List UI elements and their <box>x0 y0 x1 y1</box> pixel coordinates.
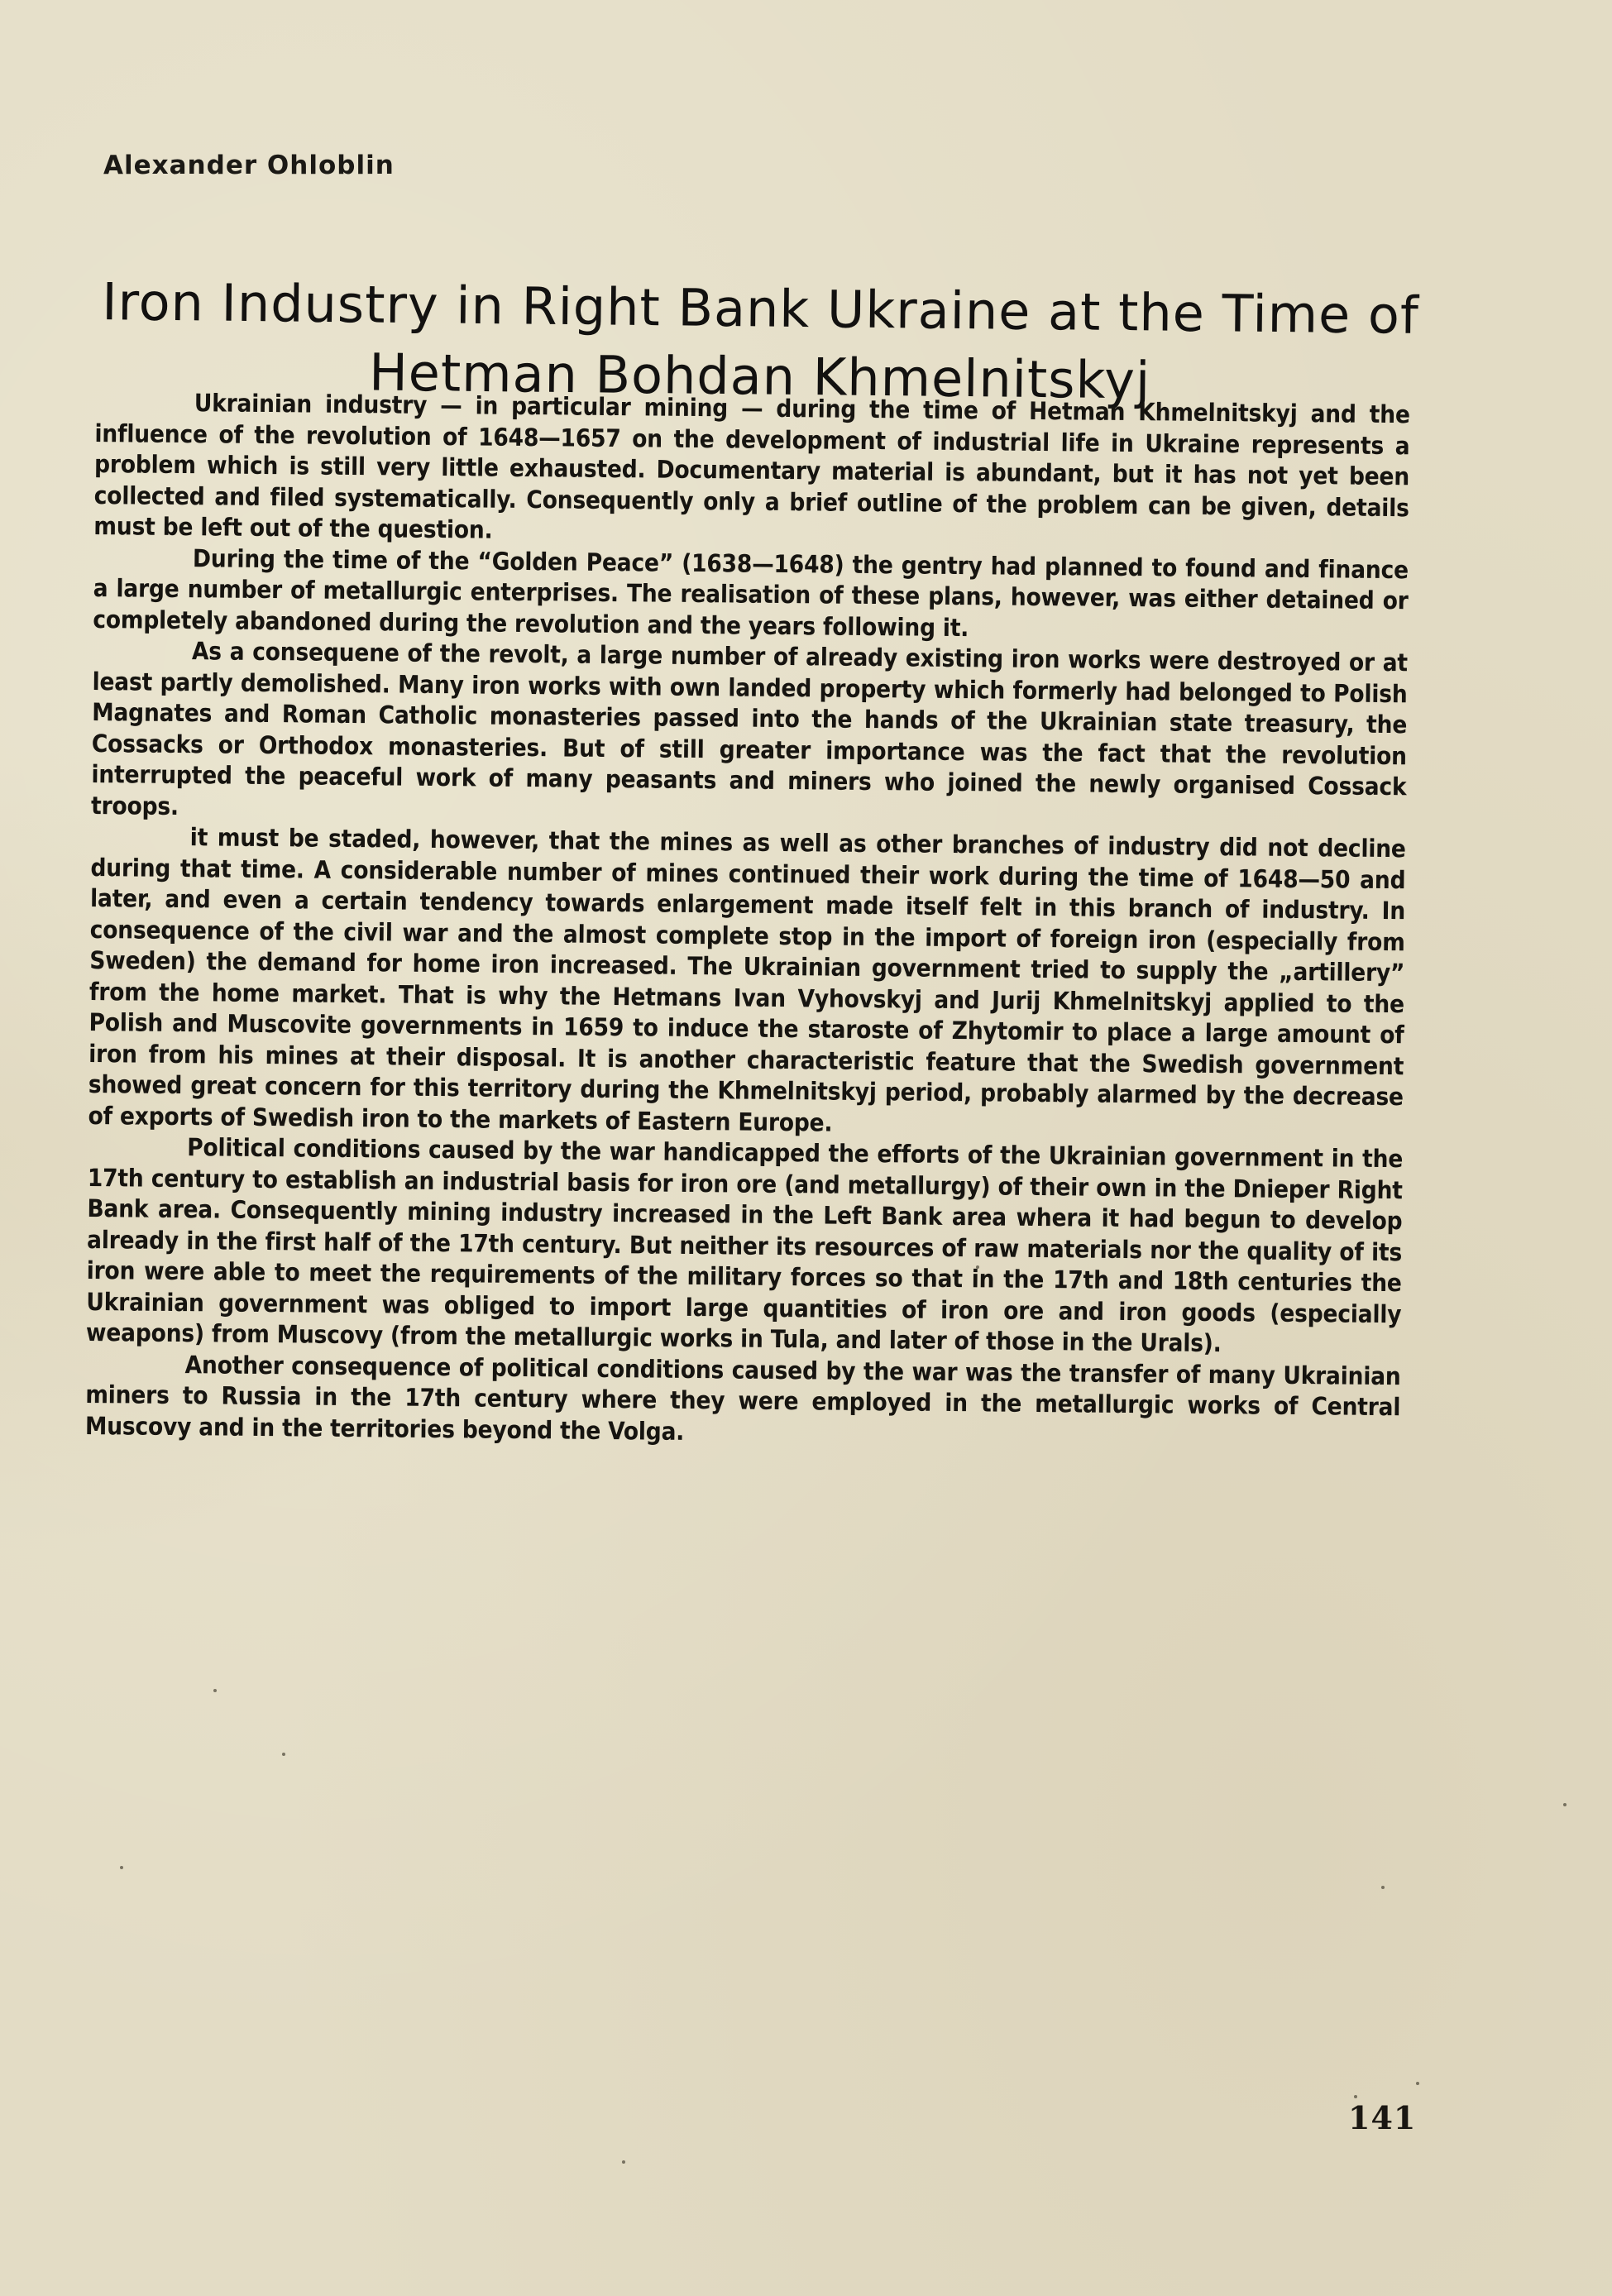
paper-speck <box>1354 2095 1357 2098</box>
author-name: Alexander Ohloblin <box>103 151 395 180</box>
paper-speck <box>282 1753 285 1756</box>
paper-speck <box>976 1265 979 1269</box>
paper-speck <box>213 1689 217 1692</box>
paragraph: As a consequene of the revolt, a large n… <box>91 635 1408 834</box>
article-body: Ukrainian industry — in particular minin… <box>85 387 1410 1454</box>
paragraph: Ukrainian industry — in particular minin… <box>93 387 1410 555</box>
paper-speck <box>1563 1803 1567 1806</box>
page-number: 141 <box>1348 2099 1416 2136</box>
paragraph: it must be staded, however, that the min… <box>88 821 1406 1144</box>
paragraph: Another consequence of political conditi… <box>85 1348 1401 1454</box>
paragraph: During the time of the “Golden Peace” (1… <box>93 542 1409 648</box>
paragraph: Political conditions caused by the war h… <box>86 1131 1403 1361</box>
paper-speck <box>1381 1886 1385 1889</box>
paper-speck <box>120 1866 123 1869</box>
paper-speck <box>622 2160 625 2164</box>
paper-speck <box>1416 2082 1419 2085</box>
